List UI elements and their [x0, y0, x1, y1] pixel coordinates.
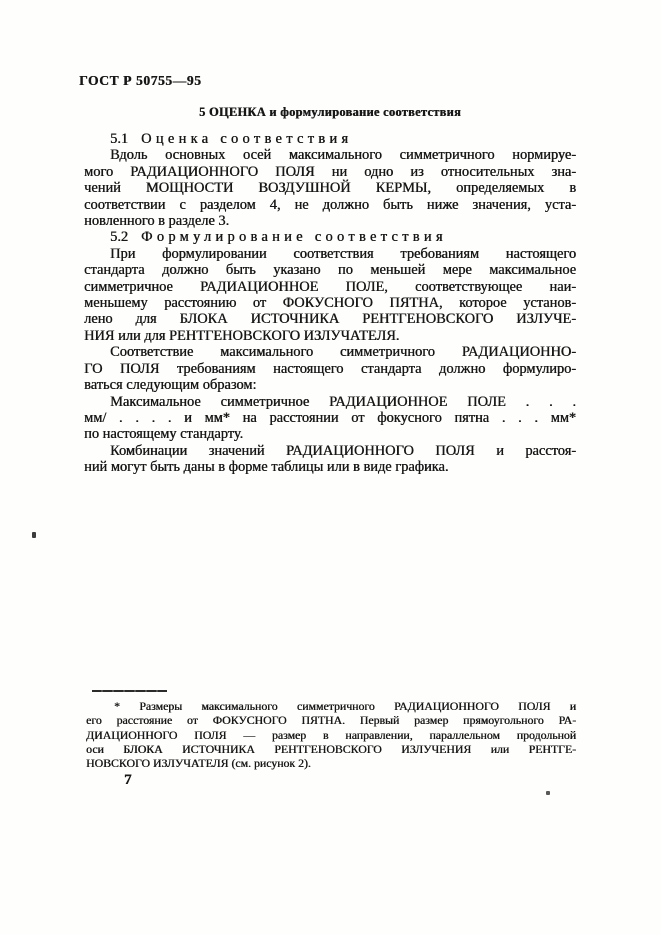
text-line: лено для БЛОКА ИСТОЧНИКА РЕНТГЕНОВСКОГО …: [84, 311, 576, 327]
text-line: НИЯ или для РЕНТГЕНОВСКОГО ИЗЛУЧАТЕЛЯ.: [84, 328, 576, 344]
text-line: Максимальное симметричное РАДИАЦИОННОЕ П…: [84, 394, 576, 410]
body-text-block: 5.1Оценка соответствияВдоль основных осе…: [84, 131, 576, 476]
text-line: соответствии с разделом 4, не должно быт…: [84, 197, 576, 213]
scan-speck: [32, 532, 36, 538]
text-line: меньшему расстоянию от ФОКУСНОГО ПЯТНА, …: [84, 295, 576, 311]
subsection-number: 5.2: [110, 229, 128, 245]
subsection-title: Формулирование соответствия: [141, 229, 447, 245]
section-heading: 5 ОЦЕНКА и формулирование соответствия: [84, 105, 576, 120]
subsection-title: Оценка соответствия: [141, 131, 352, 147]
text-line: чений МОЩНОСТИ ВОЗДУШНОЙ КЕРМЫ, определя…: [84, 180, 576, 196]
text-line: ДИАЦИОННОГО ПОЛЯ — размер в направлении,…: [86, 728, 576, 742]
page-number: 7: [124, 772, 132, 789]
text-line: ваться следующим образом:: [84, 377, 576, 393]
document-page: ГОСТ Р 50755—95 5 ОЦЕНКА и формулировани…: [0, 0, 661, 935]
text-line: При формулировании соответствия требован…: [84, 246, 576, 262]
text-line: ний могут быть даны в форме таблицы или …: [84, 459, 576, 475]
subsection-heading: 5.1Оценка соответствия: [84, 131, 576, 147]
text-line: мм/ . . . . и мм* на расстоянии от фокус…: [84, 410, 576, 426]
text-line: Вдоль основных осей максимального симмет…: [84, 147, 576, 163]
text-line: ГО ПОЛЯ требованиям настоящего стандарта…: [84, 361, 576, 377]
text-line: * Размеры максимального симметричного РА…: [86, 699, 576, 713]
text-line: по настоящему стандарту.: [84, 426, 576, 442]
subsection-number: 5.1: [110, 131, 128, 147]
text-line: Соответствие максимального симметричного…: [84, 344, 576, 360]
text-line: Комбинации значений РАДИАЦИОННОГО ПОЛЯ и…: [84, 443, 576, 459]
document-code: ГОСТ Р 50755—95: [79, 73, 201, 89]
text-line: новленного в разделе 3.: [84, 213, 576, 229]
text-line: мого РАДИАЦИОННОГО ПОЛЯ ни одно из относ…: [84, 164, 576, 180]
text-line: стандарта должно быть указано по меньшей…: [84, 262, 576, 278]
footnote-separator: [92, 690, 167, 692]
text-line: НОВСКОГО ИЗЛУЧАТЕЛЯ (см. рисунок 2).: [86, 756, 576, 770]
subsection-heading: 5.2Формулирование соответствия: [84, 229, 576, 245]
text-line: оси БЛОКА ИСТОЧНИКА РЕНТГЕНОВСКОГО ИЗЛУЧ…: [86, 742, 576, 756]
footnote-text-block: * Размеры максимального симметричного РА…: [86, 699, 576, 770]
text-line: его расстояние от ФОКУСНОГО ПЯТНА. Первы…: [86, 713, 576, 727]
scan-speck: [546, 791, 550, 795]
text-line: симметричное РАДИАЦИОННОЕ ПОЛЕ, соответс…: [84, 279, 576, 295]
